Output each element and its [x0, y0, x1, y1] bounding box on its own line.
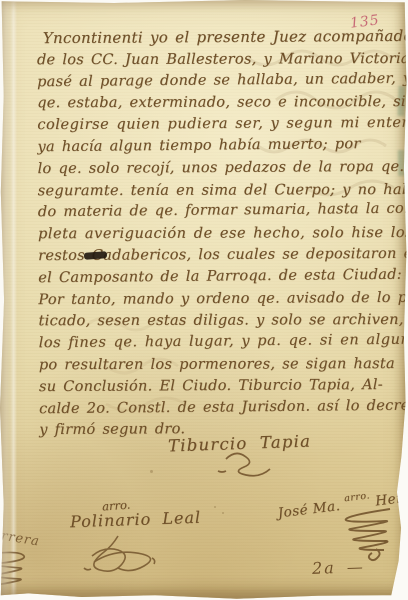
manuscript-line: los fines qe. haya lugar, y pa. qe. si e… — [39, 330, 401, 355]
manuscript-line: lo qe. solo recojí, unos pedazos de la r… — [38, 157, 400, 181]
manuscript-text: Yncontinenti yo el presente Juez acompañ… — [37, 26, 402, 442]
manuscript-line: qe. estaba, exterminado, seco e inconoci… — [37, 92, 399, 115]
attestation-abbreviation: arro. — [344, 490, 371, 504]
manuscript-line: pleta averiguación de ese hecho, solo hi… — [38, 223, 400, 246]
paper-freckle — [150, 470, 153, 473]
manuscript-line: do materia de qe. formar sumaria, hasta … — [38, 199, 400, 224]
manuscript-line: su Conclusión. El Ciudo. Tiburcio Tapia,… — [39, 375, 401, 399]
manuscript-line: po resultaren los pormenores, se sigan h… — [39, 354, 401, 377]
manuscript-line: el Camposanto de la Parroqa. de esta Ciu… — [38, 265, 400, 290]
signature-rubric — [212, 449, 274, 479]
signature-rubric-left — [64, 532, 174, 576]
manuscript-line: Por tanto, mando y ordeno qe. avisado de… — [38, 287, 400, 311]
manuscript-line: Yncontinenti yo el presente Juez acompañ… — [37, 26, 399, 50]
paper-freckle — [222, 512, 224, 514]
catchword-mark: 2a — — [312, 557, 365, 578]
attestation-name: Polinario Leal — [70, 508, 202, 532]
manuscript-line: ya hacía algun tiempo había muerto; por — [37, 134, 399, 159]
paper-freckle — [214, 506, 216, 508]
manuscript-line: calde 2o. Constl. de esta Jurisdon. así … — [39, 395, 401, 420]
manuscript-page: 135 Yncontinenti yo el presente Juez aco… — [0, 0, 408, 600]
signature-rubric-edge — [0, 548, 38, 594]
signature-left-attestation: arro. Polinario Leal — [70, 496, 201, 529]
scan-background: 135 Yncontinenti yo el presente Juez aco… — [0, 0, 408, 600]
manuscript-line: pasé al parage donde se hallaba, un cada… — [37, 68, 399, 93]
signature-edge-fragment: Herrera — [0, 525, 41, 549]
paper-crease — [10, 0, 17, 600]
attestation-prefix: José Ma. — [277, 498, 341, 522]
